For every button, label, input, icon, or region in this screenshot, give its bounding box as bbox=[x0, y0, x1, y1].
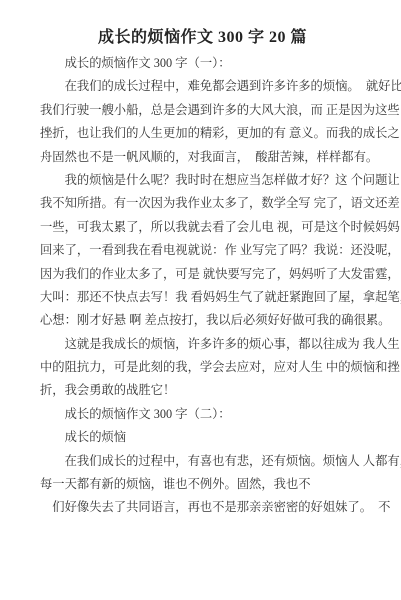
text-line: 每一天都有新的烦恼，谁也不例外。固然，我也不 bbox=[40, 473, 371, 496]
text-line: 一些，可我太累了，所以我就去看了会儿电 视，可是这个时候妈妈 bbox=[40, 216, 371, 239]
document-page: 成长的烦恼作文 300 字 20 篇 成长的烦恼作文 300 字（一）： 在我们… bbox=[0, 0, 401, 600]
text-line: 折，我会勇敢的战胜它！ bbox=[40, 379, 371, 402]
text-line: 我不知所措。有一次因为我作业太多了，数学全写 完了，语文还差 bbox=[40, 192, 371, 215]
text-line: 舟固然也不是一帆风顺的，对我面言， 酸甜苦辣，样样都有。 bbox=[40, 146, 371, 169]
text-line: 挫折，也让我们的人生更加的精彩，更加的有 意义。而我的成长之 bbox=[40, 122, 371, 145]
document-body: 成长的烦恼作文 300 字（一）： 在我们的成长过程中，难免都会遇到许多许多的烦… bbox=[40, 52, 371, 520]
document-title: 成长的烦恼作文 300 字 20 篇 bbox=[40, 26, 365, 50]
text-line: 中的阻抗力，可是此刻的我，学会去应对，应对人生 中的烦恼和挫 bbox=[40, 356, 371, 379]
text-line: 们好像失去了共同语言，再也不是那亲亲密密的好姐妹了。 不 bbox=[40, 496, 371, 519]
text-line: 我的烦恼是什么呢？我时时在想应当怎样做才好？这 个问题让 bbox=[40, 169, 371, 192]
text-line: 在我们成长的过程中，有喜也有悲，还有烦恼。烦恼人 人都有， bbox=[40, 450, 371, 473]
text-line: 回来了，一看到我在看电视就说：作 业写完了吗？我说：还没呢， bbox=[40, 239, 371, 262]
text-line: 心想：刚才好悬 啊 差点按打，我以后必须好好做可我的确很累。 bbox=[40, 309, 371, 332]
text-line: 成长的烦恼作文 300 字（二）： bbox=[40, 403, 371, 426]
text-line: 这就是我成长的烦恼，许多许多的烦心事，都以往成为 我人生 bbox=[40, 333, 371, 356]
text-line: 成长的烦恼作文 300 字（一）： bbox=[40, 52, 371, 75]
text-line: 我们行驶一艘小船，总是会遇到许多的大风大浪，而 正是因为这些 bbox=[40, 99, 371, 122]
text-line: 大叫：那还不快点去写！我 看妈妈生气了就赶紧跑回了屋，拿起笔， bbox=[40, 286, 371, 309]
text-line: 在我们的成长过程中，难免都会遇到许多许多的烦恼。 就好比 bbox=[40, 75, 371, 98]
text-line: 因为我们的作业太多了，可是 就快要写完了，妈妈听了大发雷霆， bbox=[40, 263, 371, 286]
text-line: 成长的烦恼 bbox=[40, 426, 371, 449]
